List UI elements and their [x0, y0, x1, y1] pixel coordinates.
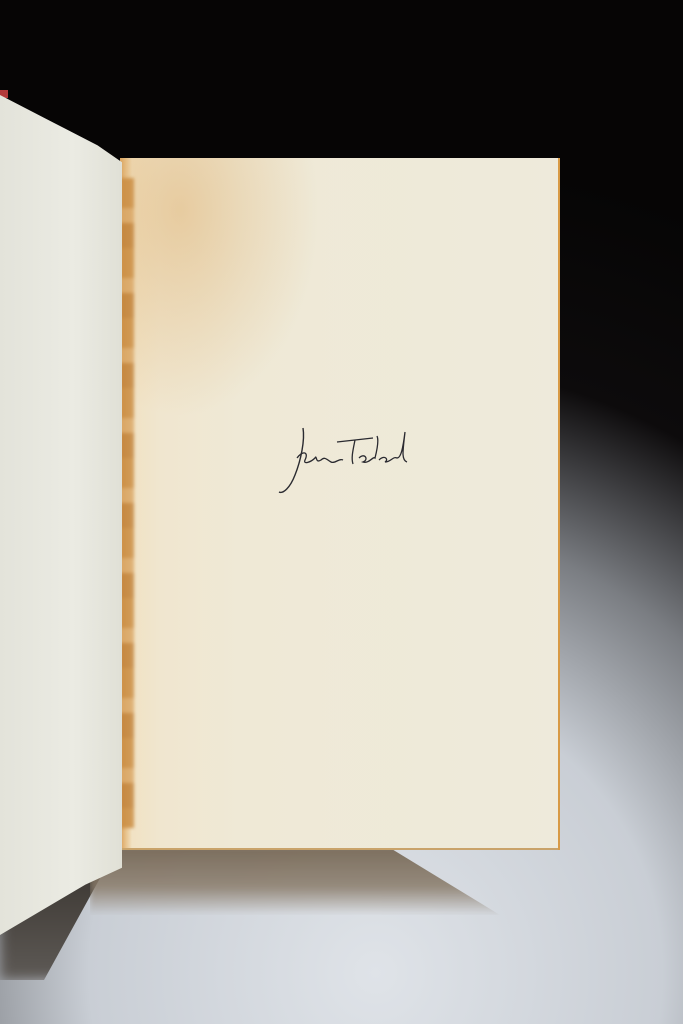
page-shadow [90, 845, 500, 915]
photo-scene: John Toland [0, 0, 683, 1024]
left-page [0, 95, 122, 935]
signed-page [120, 158, 560, 850]
gutter-foxing [120, 178, 134, 828]
signature [275, 420, 415, 500]
foxing-stain [120, 158, 320, 418]
